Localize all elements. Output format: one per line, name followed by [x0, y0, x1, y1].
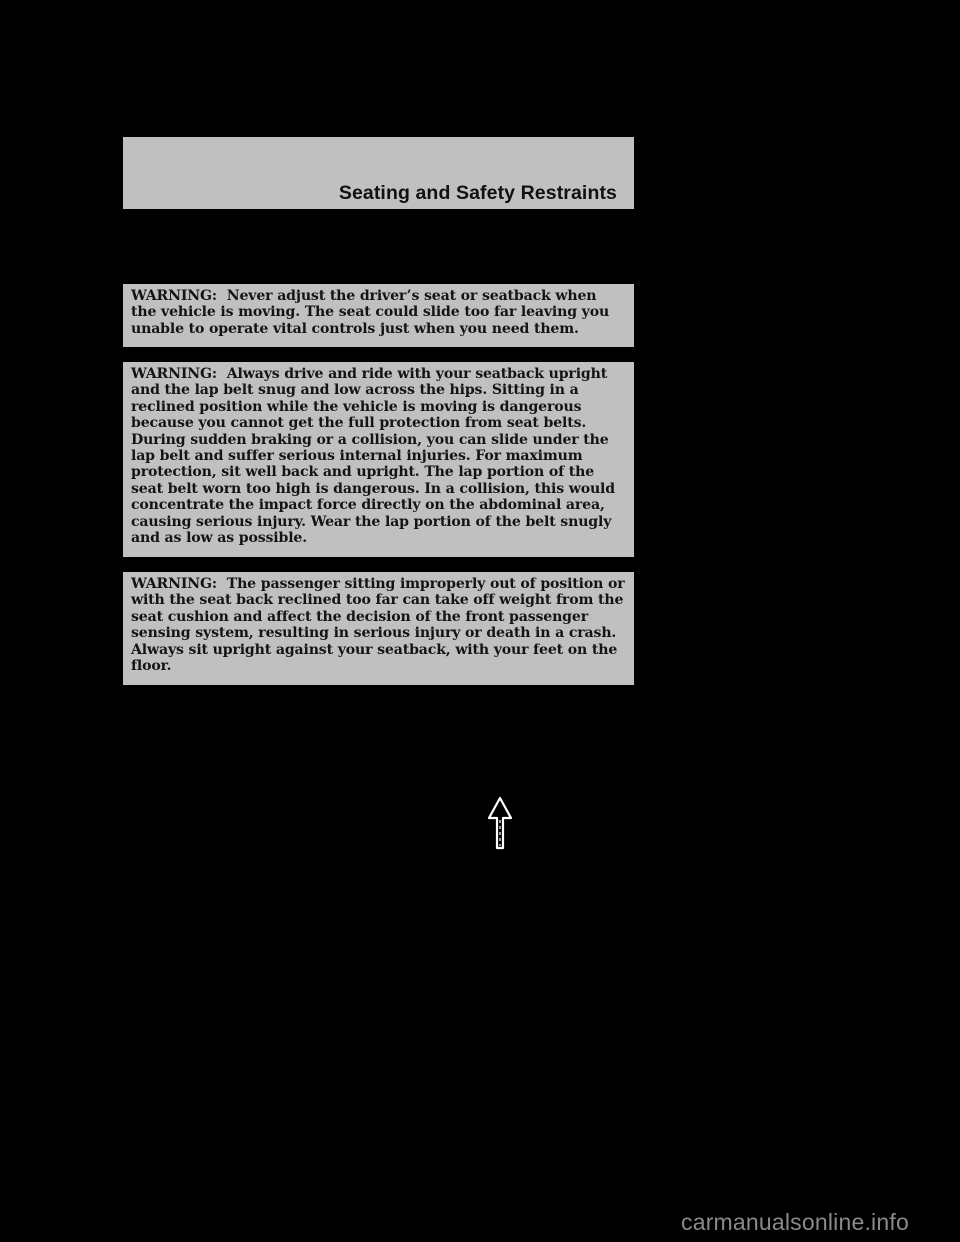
watermark: carmanualsonline.info — [681, 1209, 909, 1236]
section-header: Seating and Safety Restraints — [123, 137, 634, 209]
warning-label: WARNING: — [131, 366, 217, 382]
warning-box-seat-adjust: WARNING: Never adjust the driver’s seat … — [123, 284, 634, 347]
warning-box-passenger-position: WARNING: The passenger sitting improperl… — [123, 572, 634, 685]
warning-label: WARNING: — [131, 576, 217, 592]
warning-paragraph: WARNING: Never adjust the driver’s seat … — [131, 288, 626, 337]
warning-body: Always drive and ride with your seatback… — [131, 366, 615, 546]
warning-paragraph: WARNING: Always drive and ride with your… — [131, 366, 626, 546]
up-arrow-icon — [486, 796, 514, 852]
section-title: Seating and Safety Restraints — [339, 182, 617, 205]
warning-box-seatback-upright: WARNING: Always drive and ride with your… — [123, 362, 634, 557]
warning-label: WARNING: — [131, 288, 217, 304]
warning-paragraph: WARNING: The passenger sitting improperl… — [131, 576, 626, 674]
